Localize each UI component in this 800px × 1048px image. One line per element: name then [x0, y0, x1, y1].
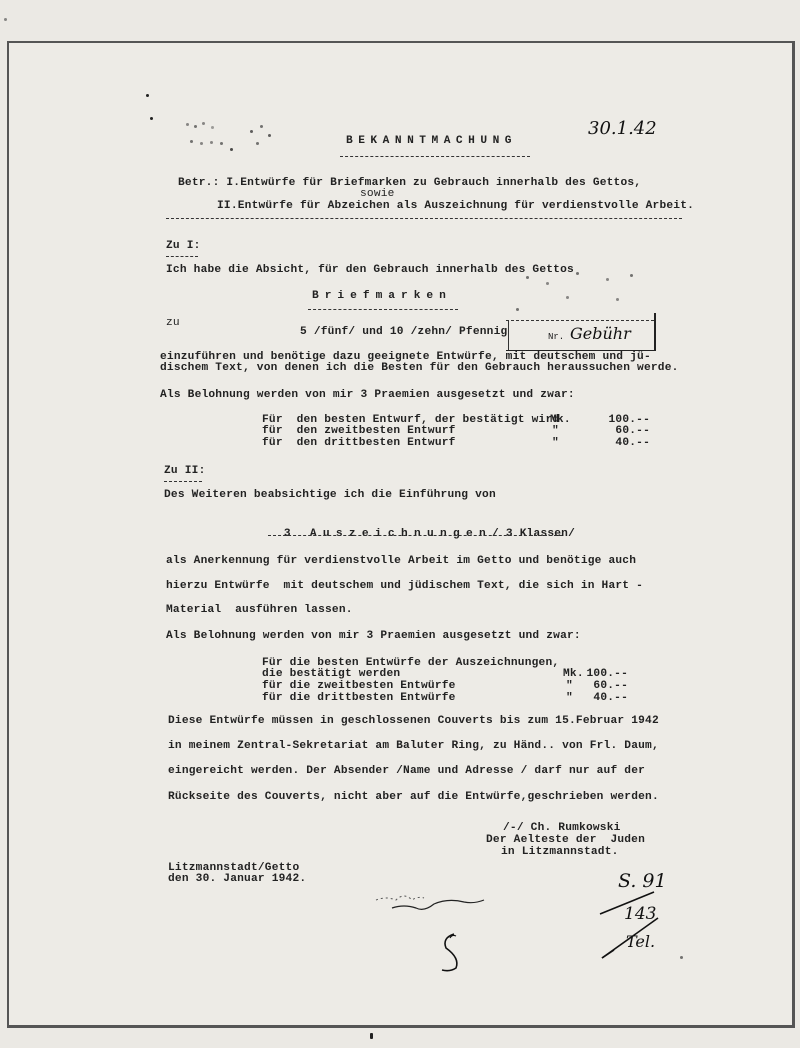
margin-annotation: S. 91 143 Tel. — [596, 868, 676, 968]
closing-line-2: in meinem Zentral-Sekretariat am Baluter… — [168, 740, 659, 753]
section-1-emphasis: Briefmarken — [312, 290, 452, 303]
section-2-heading: Zu II: — [164, 465, 205, 478]
receipt-stamp: Nr. Gebühr — [506, 268, 656, 358]
prize-3-currency: " — [552, 437, 559, 450]
emphasis-underline — [308, 309, 458, 310]
section-1-zu: zu — [166, 317, 180, 330]
section-2-intro: Des Weiteren beabsichtige ich die Einfüh… — [164, 489, 496, 502]
margin-number: 143 — [624, 904, 656, 924]
awards-emphasis: 3 Auszeichnungen — [284, 528, 492, 540]
closing-line-4: Rückseite des Couverts, nicht aber auf d… — [168, 791, 659, 804]
margin-abbreviation: Tel. — [626, 932, 655, 951]
section-1-body-2: dischem Text, von denen ich die Besten f… — [160, 362, 679, 375]
subject-line-3: II.Entwürfe für Abzeichen als Auszeichnu… — [217, 200, 694, 213]
closing-line-3: eingereicht werden. Der Absender /Name u… — [168, 765, 645, 778]
awards-classes: / 3 Klassen/ — [492, 528, 575, 540]
faded-stamp-top-left — [180, 120, 290, 155]
section-2-body-1: als Anerkennung für verdienstvolle Arbei… — [166, 555, 636, 568]
section-2-emphasis: 3 Auszeichnungen/ 3 Klassen/ — [270, 515, 575, 541]
prize-3-amount: 40.-- — [594, 437, 650, 450]
ink-speck — [680, 956, 683, 959]
subject-divider — [166, 218, 682, 219]
section-1-reward-intro: Als Belohnung werden von mir 3 Praemien … — [160, 389, 575, 402]
section-2-reward-intro: Als Belohnung werden von mir 3 Praemien … — [166, 630, 581, 643]
faded-handwritten-note — [372, 888, 522, 918]
prize-3-label: für den drittbesten Entwurf — [262, 437, 456, 450]
stamp-number-label: Nr. — [548, 332, 564, 342]
ink-speck — [150, 117, 153, 120]
ink-speck — [146, 94, 149, 97]
document-title: BEKANNTMACHUNG — [346, 135, 517, 148]
section-1-values: 5 /fünf/ und 10 /zehn/ Pfennig — [300, 326, 507, 339]
section-2-body-2: hierzu Entwürfe mit deutschem und jüdisc… — [166, 580, 643, 593]
awards-underline — [268, 535, 562, 536]
handwritten-date: 30.1.42 — [588, 118, 657, 139]
signature-location: in Litzmannstadt. — [501, 846, 619, 859]
stamp-handwriting: Gebühr — [570, 324, 631, 343]
closing-line-1: Diese Entwürfe müssen in geschlossenen C… — [168, 715, 659, 728]
handwritten-initial — [436, 928, 476, 973]
award-prize-3-amount: 40.-- — [572, 692, 628, 705]
section-1-heading-underline — [166, 256, 198, 257]
date-line: den 30. Januar 1942. — [168, 873, 306, 886]
section-2-heading-underline — [164, 481, 202, 482]
title-underline — [340, 156, 530, 157]
section-2-body-3: Material ausführen lassen. — [166, 604, 353, 617]
ink-speck — [370, 1033, 373, 1039]
award-prize-3-label: für die drittbesten Entwürfe — [262, 692, 456, 705]
subject-line-1: Betr.: I.Entwürfe für Briefmarken zu Geb… — [178, 177, 641, 190]
ink-speck — [4, 18, 7, 21]
section-1-heading: Zu I: — [166, 240, 201, 253]
